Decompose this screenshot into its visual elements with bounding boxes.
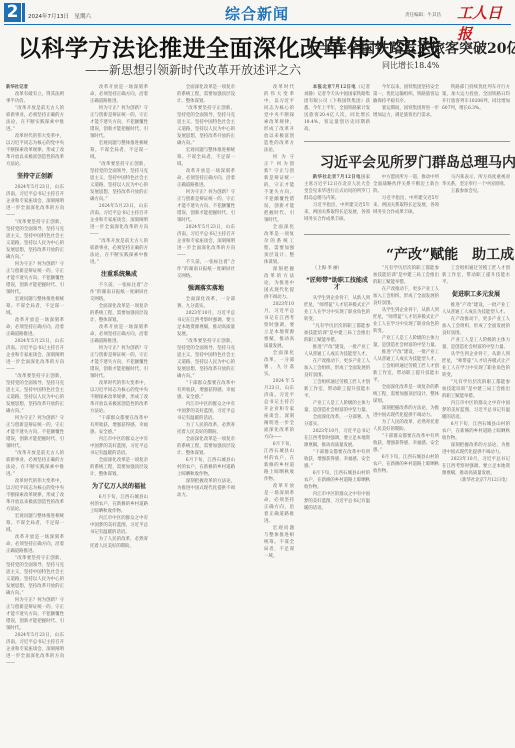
lead-subhead-4: 为了亿万人民的福祉 xyxy=(90,483,148,490)
paragraph: 2023年10月，习近平总书记在江西考察时强调，要立足本地资源禀赋，推动高质量发… xyxy=(442,456,510,477)
paragraph: 内江市中区的群众之中有中国梦的美好蓝图，习近平总书记有温暖的话语。 xyxy=(304,491,370,512)
craftsman-subhead-1: “匠师带”助职工技能成才 xyxy=(304,277,370,291)
paragraph: 今年以来，国铁集团坚持安全第一，优化运输组织，铁路旅客运输保持平稳有序。 xyxy=(373,84,439,105)
divider-rule xyxy=(304,141,510,142)
paragraph: 2024年5月23日，山东济南。习近平总书记主持召开企业和专家座谈会，深刻阐明进… xyxy=(90,203,148,238)
paragraph: 本报北京7月12日电（记者刘静）记者今天从中国国家铁路集团有限公司（下称国铁集团… xyxy=(304,84,370,133)
paragraph: “干部群众都要在改革中有所收获，增强获得感、幸福感、安全感。” xyxy=(304,449,370,470)
paragraph: 6月下旬，江西石城县山村的农户，在新修的乡村道路上晾晒秋收作物。 xyxy=(90,494,148,515)
lead-article-column-3: 全面深化改革是一项复杂的系统工程，需要加强顶层设计、整体谋划。 “改革要坚持守正… xyxy=(177,84,235,744)
paragraph: 6月下旬，江西石城县山村的农户，在新修的乡村道路上晾晒秋收作物。 xyxy=(177,457,235,478)
paragraph: 全面深化改革是一项复杂的系统工程，需要加强顶层设计、整体谋划。 xyxy=(264,224,294,266)
paragraph: 深刻把握改革的方法论，为推进中国式现代化提供不竭动力。 xyxy=(177,478,235,499)
paragraph: 2024年5月23日，山东济南。习近平总书记主持召开企业和专家座谈会，深刻阐明进… xyxy=(6,338,64,373)
paragraph: 何为守正？何为创新？守正与创新是辩证统一的，守正才能不迷失方向、不犯颠覆性错误，… xyxy=(264,154,294,224)
railway-dateline: 本报北京7月12日电 xyxy=(313,85,356,90)
paragraph: 从学生到企业骨干，从新人到匠星，“师带徒”人才培养模式让产业工人在学习中实现了职… xyxy=(442,351,510,379)
railway-article-column-3: 铁路部门持续优化列车开行方案，加大运力投放，全国铁路日均开行旅客列车10206列… xyxy=(442,84,510,139)
paragraph: 全面深化改革是一项复杂的系统工程，需要加强顶层设计、整体谋划。 xyxy=(177,436,235,457)
paragraph: 不久前，一张标注着“合作”的湖南日报纸一度刷屏社交网络。 xyxy=(177,259,235,280)
paragraph: 习近平指出，中所建交近5年来，两国关系取得长足发展，各领域务实合作成果丰硕。 xyxy=(373,195,439,216)
page-masthead: 2 2024年7月13日 星期六 综合新闻 责任编辑：牛其昌 工人日报 xyxy=(0,0,515,26)
railway-article-column-1: 本报北京7月12日电（记者刘静）记者今天从中国国家铁路集团有限公司（下称国铁集团… xyxy=(304,84,370,139)
page-number-badge: 2 xyxy=(4,3,21,22)
issue-date: 2024年7月13日 星期六 xyxy=(28,12,91,20)
editor-credit: 责任编辑：牛其昌 xyxy=(405,12,441,18)
paragraph: 工会组织通过劳模工匠人才创新工作室，带动职工提升技能水平。 xyxy=(442,265,510,286)
paragraph: 何为守正？何为创新？守正与创新是辩证统一的，守正才能不迷失方向、不犯颠覆性错误，… xyxy=(6,597,64,632)
paragraph: 产业工人是工人阶级的主体力量，是创造社会财富的中坚力量。 xyxy=(304,400,370,414)
divider-rule xyxy=(304,234,510,235)
paragraph: 习近平指出，中所建交近5年来，两国关系取得长足发展，各领域务实合作成果丰硕。 xyxy=(304,202,370,223)
page-number-bar xyxy=(22,3,25,22)
paragraph: “干部群众都要在改革中有所收获，增强获得感、幸福感、安全感。” xyxy=(177,380,235,401)
paragraph: 宏观问题与整体推进相统筹。不谋全局者，不足谋一域。 xyxy=(90,140,148,161)
paragraph: “改革要坚持守正创新，坚持党的全面领导，坚持马克思主义，坚持中国特色社会主义道路… xyxy=(90,161,148,203)
paragraph: 何为守正？何为创新？守正与创新是辩证统一的，守正才能不迷失方向、不犯颠覆性错误，… xyxy=(177,189,235,224)
paragraph: “改革开放是前无古人的崭新事业，必须坚持正确的方法论，在不断实践探索中推进。” xyxy=(6,105,64,133)
paragraph: 新华社北京7月12日电国家主席习近平12日在北京人民大会堂会见来华进行正式访问的… xyxy=(304,174,370,202)
paragraph: “改革开放是前无古人的崭新事业，必须坚持正确的方法论，在不断实践探索中推进。” xyxy=(6,450,64,478)
paragraph: “改革要坚持守正创新，坚持党的全面领导，坚持马克思主义，坚持中国特色社会主义道路… xyxy=(6,219,64,261)
paragraph: 6月下旬，江西石城县山村的农户，在新修的乡村道路上晾晒秋收作物。 xyxy=(373,454,439,475)
paragraph: 暑运期间，国铁集团将进一步增加运力，满足旅客出行需求。 xyxy=(373,105,439,119)
paragraph: 推进“产改”建设，一批产业工人从普通工人成长为技能型人才。 xyxy=(442,302,510,316)
section-title: 综合新闻 xyxy=(225,3,289,24)
paragraph: “改革要坚持守正创新，坚持党的全面领导，坚持马克思主义，坚持中国特色社会主义道路… xyxy=(177,105,235,147)
paragraph: 2024年5月23日，山东济南。习近平总书记主持召开企业和专家座谈会，深刻阐明进… xyxy=(6,184,64,219)
lead-article-column-4: 改革时代的伟大变革中，以习近平同志为核心的党中央不断探索改革规律，形成了改革开放… xyxy=(264,84,294,744)
paragraph: 内江市中区的群众之中有中国梦的美好蓝图，习近平总书记有温暖的话语。 xyxy=(442,400,510,421)
paragraph: 在产改推动下，更多产业工人加入工会组织，形成了全面发展的良好氛围。 xyxy=(442,316,510,337)
paragraph: 改革开放是一场深刻革命，必须坚持正确方向，沿着正确道路推进。 xyxy=(177,168,235,189)
paragraph: 改革开放是一场深刻革命，必须坚持正确方向，沿着正确道路推进。 xyxy=(90,324,148,345)
paragraph: 宏观问题与整体推进相统筹。不谋全局者，不足谋一域。 xyxy=(6,296,64,317)
paragraph: 马内莱表示，所方高度重视对华关系，坚定奉行一个中国原则。 xyxy=(442,174,510,188)
xi-meeting-column-1: 新华社北京7月12日电国家主席习近平12日在北京人民大会堂会见来华进行正式访问的… xyxy=(304,174,370,232)
paragraph: 何为守正？何为创新？守正与创新是辩证统一的，守正才能不迷失方向、不犯颠覆性错误，… xyxy=(90,105,148,140)
paragraph: “改革开放是前无古人的崭新事业，必须坚持正确的方法论，在不断实践探索中推进。” xyxy=(90,238,148,266)
paragraph: 2023年10月，习近平总书记在江西考察时强调，要立足本地资源禀赋，推动高质量发… xyxy=(304,428,370,449)
paragraph: 全面深化改革是一项复杂的系统工程，需要加强顶层设计、整体谋划。 xyxy=(177,84,235,105)
paragraph: 在产改推动下，更多产业工人加入工会组织，形成了全面发展的良好氛围。 xyxy=(373,286,439,307)
craftsman-column-3: 工会组织通过劳模工匠人才创新工作室，带动职工提升技能水平。 促进职工多元发展 推… xyxy=(442,265,510,745)
paragraph: 深刻把握改革的方法论，为推进中国式现代化提供不竭动力。 xyxy=(264,266,294,301)
craftsman-column-1: （上海 李 丽） “匠师带”助职工技能成才 从学生到企业骨干，从新人到匠星，“师… xyxy=(304,265,370,745)
paragraph: 产业工人是工人阶级的主体力量，是创造社会财富的中坚力量。 xyxy=(373,335,439,349)
paragraph: 中方愿同所方一道，推动中所全面战略伙伴关系不断迈上新台阶。 xyxy=(373,174,439,195)
xi-meeting-article-title[interactable]: 习近平会见所罗门群岛总理马内莱 xyxy=(320,152,515,172)
paragraph: 改革开放是一场深刻革命，必须坚持正确方向，沿着正确道路推进。 xyxy=(90,84,148,105)
masthead-rule xyxy=(4,24,511,25)
paragraph: 为了人民的改革，必然寄托着人民美好的期盼。 xyxy=(90,536,148,550)
craftsman-author: （上海 李 丽） xyxy=(304,265,370,272)
lead-article-byline: 新华社记者 xyxy=(6,84,64,91)
lead-article-column-2: 改革开放是一场深刻革命，必须坚持正确方向，沿着正确道路推进。 何为守正？何为创新… xyxy=(90,84,148,744)
paragraph: 何为守正？何为创新？守正与创新是辩证统一的，守正才能不迷失方向、不犯颠覆性错误，… xyxy=(6,261,64,296)
paragraph: 改革时代的伟大变革中，以习近平同志为核心的党中央不断探索改革规律，形成了改革开放… xyxy=(264,84,294,154)
paragraph: 2024年5月23日，山东济南。习近平总书记主持召开企业和专家座谈会，深刻阐明进… xyxy=(264,378,294,441)
paragraph: 在产改推动下，更多产业工人加入工会组织，形成了全面发展的良好氛围。 xyxy=(304,358,370,379)
paragraph: 王毅参加会见。 xyxy=(442,188,510,195)
paragraph: 宏观问题与整体推进相统筹。不谋全局者，不足谋一域。 xyxy=(177,147,235,168)
paragraph: 全面深化改革是一项复杂的系统工程，需要加强顶层设计、整体谋划。 xyxy=(90,303,148,324)
paragraph: 2024年5月23日，山东济南。习近平总书记主持召开企业和专家座谈会，深刻阐明进… xyxy=(6,632,64,667)
paragraph: 推进“产改”建设，一批产业工人从普通工人成长为技能型人才。 xyxy=(304,344,370,358)
paragraph: 2023年10月，习近平总书记在江西考察时强调，要立足本地资源禀赋，推动高质量发… xyxy=(264,301,294,350)
paragraph-text: （记者刘静）记者今天从中国国家铁路集团有限公司（下称国铁集团）获悉，今年上半年，… xyxy=(304,85,370,132)
paragraph: 何为守正？何为创新？守正与创新是辩证统一的，守正才能不迷失方向、不犯颠覆性错误，… xyxy=(6,415,64,450)
xi-meeting-dateline: 新华社北京7月12日电 xyxy=(313,175,361,180)
paragraph: “干部群众都要在改革中有所收获，增强获得感、幸福感、安全感。” xyxy=(90,415,148,436)
paragraph: 全面深化改革，一分部署、九分落实。 xyxy=(177,296,235,310)
craftsman-column-2: “凡有学历层次的职工都能参加技能培训”是中建三局工会推出的职工赋能举措。 在产改… xyxy=(373,265,439,745)
paragraph: 内江市中区的群众之中有中国梦的美好蓝图，习近平总书记有温暖的话语。 xyxy=(90,436,148,457)
paragraph: 为了人民的改革，必然寄托着人民美好的期盼。 xyxy=(177,422,235,436)
paragraph: 为了人民的改革，必然寄托着人民美好的期盼。 xyxy=(373,419,439,433)
paragraph: 改革开放是一场深刻革命，必须坚持正确方向，沿着正确道路推进。 xyxy=(6,534,64,555)
paragraph: 深刻把握改革的方法论，为推进中国式现代化提供不竭动力。 xyxy=(442,442,510,456)
paragraph: 内江市中区的群众之中有中国梦的美好蓝图，习近平总书记有温暖的话语。 xyxy=(177,401,235,422)
paragraph: 不久前，一张标注着“合作”的湖南日报纸一度刷屏社交网络。 xyxy=(90,282,148,303)
closing-credit: （新华社北京7月12日电） xyxy=(442,477,510,484)
paragraph: “改革要坚持守正创新，坚持党的全面领导，坚持马克思主义，坚持中国特色社会主义道路… xyxy=(6,555,64,597)
paragraph: 工会组织通过劳模工匠人才创新工作室，带动职工提升技能水平。 xyxy=(304,379,370,400)
paragraph: “凡有学历层次的职工都能参加技能培训”是中建三局工会推出的职工赋能举措。 xyxy=(442,379,510,400)
paragraph: “凡有学历层次的职工都能参加技能培训”是中建三局工会推出的职工赋能举措。 xyxy=(373,265,439,286)
paragraph: 推进“产改”建设，一批产业工人从普通工人成长为技能型人才。 xyxy=(373,349,439,363)
paragraph: 何为守正？何为创新？守正与创新是辩证统一的，守正才能不迷失方向、不犯颠覆性错误，… xyxy=(90,345,148,380)
lead-subhead-3: 强调落实落地 xyxy=(177,285,235,292)
paragraph: 改革时代的伟大变革中，以习近平同志为核心的党中央不断探索改革规律，形成了改革开放… xyxy=(90,380,148,415)
paragraph: 从学生到企业骨干，从新人到匠星，“师带徒”人才培养模式让产业工人在学习中实现了职… xyxy=(373,307,439,335)
paragraph: 改革开放是一场深刻革命，必须坚持正确方向，沿着正确道路推进。 xyxy=(6,317,64,338)
railway-article-subtitle: 同比增长18.4% xyxy=(382,60,439,71)
paragraph: “凡有学历层次的职工都能参加技能培训”是中建三局工会推出的职工赋能举措。 xyxy=(304,323,370,344)
paragraph: “改革要坚持守正创新，坚持党的全面领导，坚持马克思主义，坚持中国特色社会主义道路… xyxy=(177,338,235,380)
paragraph: 改革开放是一场深刻革命，必须坚持正确方向，沿着正确道路推进。 xyxy=(264,483,294,525)
paragraph: 2024年5月23日，山东济南。习近平总书记主持召开企业和专家座谈会，深刻阐明进… xyxy=(177,224,235,259)
paragraph: 产业工人是工人阶级的主体力量，是创造社会财富的中坚力量。 xyxy=(442,337,510,351)
paragraph: 全面深化改革，一分部署、九分落实。 xyxy=(264,350,294,378)
lead-subhead-1: 坚持守正创新 xyxy=(6,173,64,180)
railway-article-title[interactable]: 上半年全国铁路发送旅客突破20亿人次 xyxy=(305,38,515,58)
paragraph: “改革要坚持守正创新，坚持党的全面领导，坚持马克思主义，坚持中国特色社会主义道路… xyxy=(6,373,64,415)
paragraph: 改革时代的伟大变革中，以习近平同志为核心的党中央不断探索改革规律，形成了改革开放… xyxy=(6,133,64,168)
paragraph: 改革有破有立，得其法则事半功倍。 xyxy=(6,91,64,105)
xi-meeting-column-3: 马内莱表示，所方高度重视对华关系，坚定奉行一个中国原则。 王毅参加会见。 xyxy=(442,174,510,232)
railway-article-column-2: 今年以来，国铁集团坚持安全第一，优化运输组织，铁路旅客运输保持平稳有序。 暑运期… xyxy=(373,84,439,139)
lead-subhead-2: 注重系统集成 xyxy=(90,271,148,278)
paragraph: 铁路部门持续优化列车开行方案，加大运力投放，全国铁路日均开行旅客列车10206列… xyxy=(442,84,510,112)
paragraph: 从学生到企业骨干，从新人到匠星，“师带徒”人才培养模式让产业工人在学习中实现了职… xyxy=(304,295,370,323)
paragraph: 改革时代的伟大变革中，以习近平同志为核心的党中央不断探索改革规律，形成了改革开放… xyxy=(6,478,64,513)
paragraph: 全面深化改革是一项复杂的系统工程，需要加强顶层设计、整体谋划。 xyxy=(373,384,439,405)
paragraph: 6月下旬，江西石城县山村的农户，在新修的乡村道路上晾晒秋收作物。 xyxy=(442,421,510,442)
paragraph: 全面深化改革是一项复杂的系统工程，需要加强顶层设计、整体谋划。 xyxy=(90,457,148,478)
paragraph: 6月下旬，江西石城县山村的农户，在新修的乡村道路上晾晒秋收作物。 xyxy=(304,470,370,491)
lead-article-subtitle: ——新思想引领新时代改革开放述评之六 xyxy=(85,61,301,78)
xi-meeting-column-2: 中方愿同所方一道，推动中所全面战略伙伴关系不断迈上新台阶。 习近平指出，中所建交… xyxy=(373,174,439,232)
paragraph: 全面深化改革，一分部署、九分落实。 xyxy=(304,414,370,428)
paragraph: 深刻把握改革的方法论，为推进中国式现代化提供不竭动力。 xyxy=(373,405,439,419)
paragraph: 2023年10月，习近平总书记在江西考察时强调，要立足本地资源禀赋，推动高质量发… xyxy=(177,310,235,338)
paragraph: 工会组织通过劳模工匠人才创新工作室，带动职工提升技能水平。 xyxy=(373,363,439,384)
paragraph: 内江市中区的群众之中有中国梦的美好蓝图，习近平总书记有温暖的话语。 xyxy=(90,515,148,536)
paragraph: 6月下旬，江西石城县山村的农户，在新修的乡村道路上晾晒秋收作物。 xyxy=(264,441,294,483)
paragraph: 宏观问题与整体推进相统筹。不谋全局者，不足谋一域。 xyxy=(264,525,294,560)
paragraph: “干部群众都要在改革中有所收获，增强获得感、幸福感、安全感。” xyxy=(373,433,439,454)
lead-article-column-1: 新华社记者 改革有破有立，得其法则事半功倍。 “改革开放是前无古人的崭新事业，必… xyxy=(6,84,64,744)
craftsman-article-title[interactable]: “产改”赋能 助工成匠 xyxy=(386,244,515,264)
craftsman-subhead-2: 促进职工多元发展 xyxy=(442,291,510,298)
paragraph: 宏观问题与整体推进相统筹。不谋全局者，不足谋一域。 xyxy=(6,513,64,534)
